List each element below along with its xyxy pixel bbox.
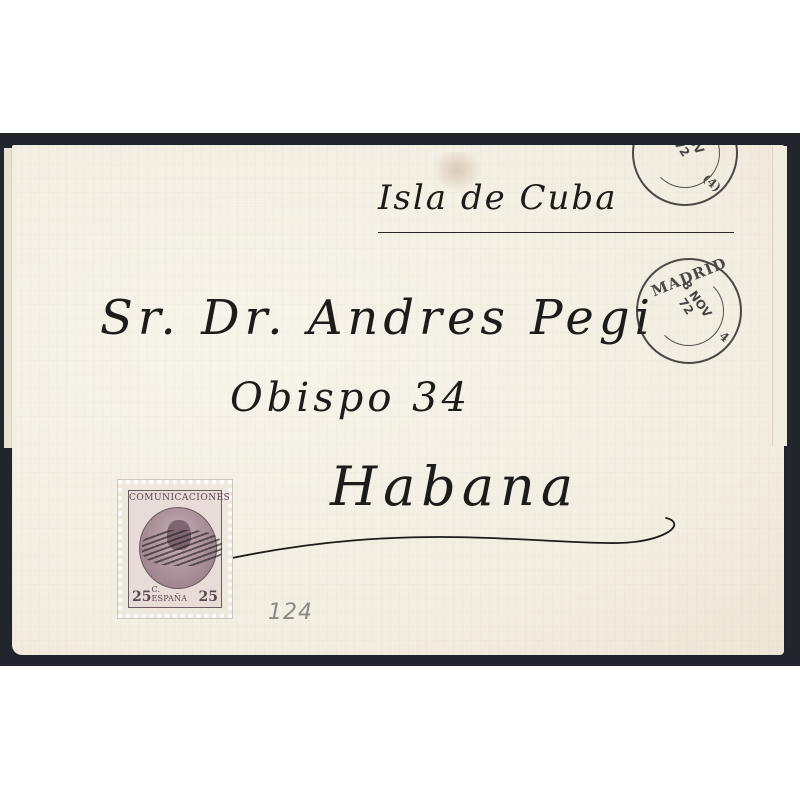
address-recipient: Sr. Dr. Andres Pegi (100, 290, 655, 346)
stamp-value-right: 25 (199, 589, 218, 605)
stamp-value-left: 25 (132, 589, 151, 605)
postmark-code: 4 (716, 329, 731, 345)
grid-cancel-mark (142, 530, 222, 566)
postmark-top: MADRID NOV 72 (4) (632, 100, 738, 206)
address-street: Obispo 34 (230, 375, 471, 421)
stamp-value-row: 25 C. ESPAÑA 25 (129, 585, 221, 605)
right-fold-flap (772, 146, 787, 446)
pencil-catalog-note: 124 (268, 600, 313, 625)
destination-line: Isla de Cuba (378, 178, 617, 218)
stamp-portrait-oval (139, 507, 217, 589)
stamp-frame: COMUNICACIONES 25 C. ESPAÑA 25 (128, 490, 222, 608)
underline-flourish (230, 500, 710, 580)
stamp-title: COMUNICACIONES (129, 493, 221, 503)
destination-underline (378, 232, 734, 233)
stamp-country: C. ESPAÑA (151, 585, 198, 605)
postage-stamp: COMUNICACIONES 25 C. ESPAÑA 25 (118, 480, 232, 618)
postmark-madrid: MADRID 8 NOV 72 4 (636, 258, 742, 364)
